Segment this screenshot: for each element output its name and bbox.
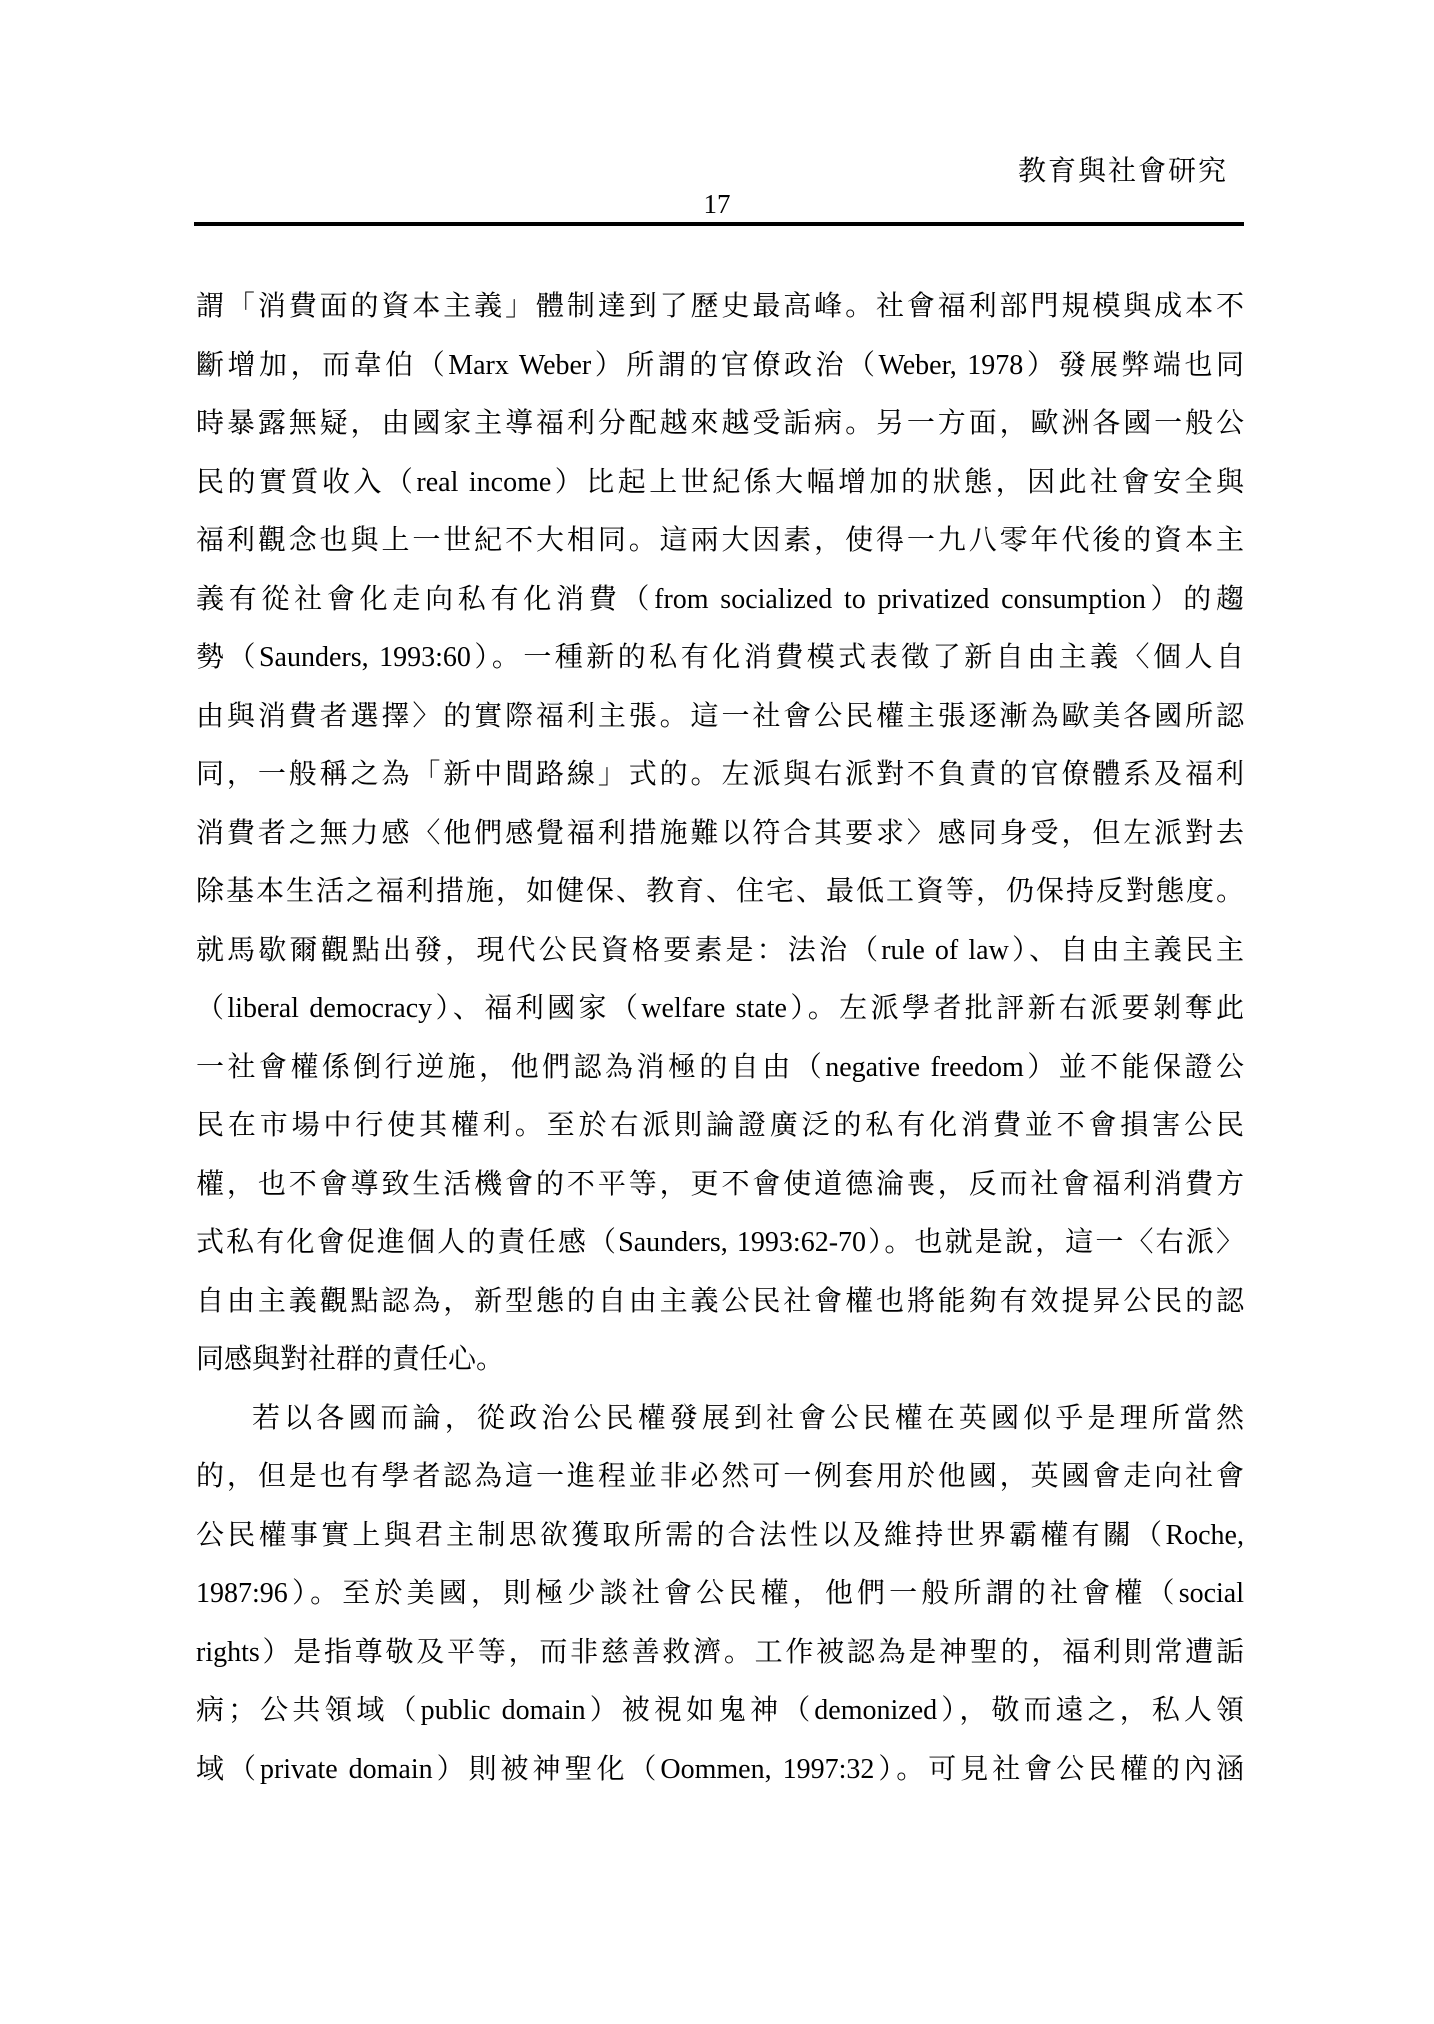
text-line: 的，但是也有學者認為這一進程並非必然可一例套用於他國，英國會走向社會 bbox=[196, 1448, 1244, 1507]
text-line: 時暴露無疑，由國家主導福利分配越來越受詬病。另一方面，歐洲各國一般公 bbox=[196, 395, 1244, 454]
text-line: 就馬歇爾觀點出發，現代公民資格要素是：法治（rule of law）、自由主義民… bbox=[196, 922, 1244, 981]
text-line: （liberal democracy）、福利國家（welfare state）。… bbox=[196, 980, 1244, 1039]
text-line: 病；公共領域（public domain）被視如鬼神（demonized），敬而… bbox=[196, 1682, 1244, 1741]
text-line: 謂「消費面的資本主義」體制達到了歷史最高峰。社會福利部門規模與成本不 bbox=[196, 278, 1244, 337]
text-line: 義有從社會化走向私有化消費（from socialized to privati… bbox=[196, 571, 1244, 630]
text-line: 自由主義觀點認為，新型態的自由主義公民社會權也將能夠有效提昇公民的認 bbox=[196, 1273, 1244, 1332]
text-line: 由與消費者選擇〉的實際福利主張。這一社會公民權主張逐漸為歐美各國所認 bbox=[196, 688, 1244, 747]
text-line: rights）是指尊敬及平等，而非慈善救濟。工作被認為是神聖的，福利則常遭詬 bbox=[196, 1624, 1244, 1683]
text-line: 同感與對社群的責任心。 bbox=[196, 1331, 1244, 1390]
text-line: 若以各國而論，從政治公民權發展到社會公民權在英國似乎是理所當然 bbox=[196, 1390, 1244, 1449]
text-line: 1987:96）。至於美國，則極少談社會公民權，他們一般所謂的社會權（socia… bbox=[196, 1565, 1244, 1624]
page-number: 17 bbox=[0, 188, 1434, 220]
text-line: 一社會權係倒行逆施，他們認為消極的自由（negative freedom）並不能… bbox=[196, 1039, 1244, 1098]
text-line: 同，一般稱之為「新中間路線」式的。左派與右派對不負責的官僚體系及福利 bbox=[196, 746, 1244, 805]
text-line: 福利觀念也與上一世紀不大相同。這兩大因素，使得一九八零年代後的資本主 bbox=[196, 512, 1244, 571]
body-text: 謂「消費面的資本主義」體制達到了歷史最高峰。社會福利部門規模與成本不斷增加，而韋… bbox=[196, 278, 1244, 1799]
document-page: 教育與社會研究 17 謂「消費面的資本主義」體制達到了歷史最高峰。社會福利部門規… bbox=[0, 0, 1434, 2024]
header-rule bbox=[194, 222, 1244, 226]
text-line: 權，也不會導致生活機會的不平等，更不會使道德淪喪，反而社會福利消費方 bbox=[196, 1156, 1244, 1215]
text-line: 民在市場中行使其權利。至於右派則論證廣泛的私有化消費並不會損害公民 bbox=[196, 1097, 1244, 1156]
text-line: 除基本生活之福利措施，如健保、教育、住宅、最低工資等，仍保持反對態度。 bbox=[196, 863, 1244, 922]
text-line: 民的實質收入（real income）比起上世紀係大幅增加的狀態，因此社會安全與 bbox=[196, 454, 1244, 513]
text-line: 斷增加，而韋伯（Marx Weber）所謂的官僚政治（Weber, 1978）發… bbox=[196, 337, 1244, 396]
text-line: 消費者之無力感〈他們感覺福利措施難以符合其要求〉感同身受，但左派對去 bbox=[196, 805, 1244, 864]
text-line: 勢（Saunders, 1993:60）。一種新的私有化消費模式表徵了新自由主義… bbox=[196, 629, 1244, 688]
journal-title: 教育與社會研究 bbox=[1018, 155, 1228, 189]
text-line: 公民權事實上與君主制思欲獲取所需的合法性以及維持世界霸權有關（Roche, bbox=[196, 1507, 1244, 1566]
text-line: 式私有化會促進個人的責任感（Saunders, 1993:62-70）。也就是說… bbox=[196, 1214, 1244, 1273]
text-line: 域（private domain）則被神聖化（Oommen, 1997:32）。… bbox=[196, 1741, 1244, 1800]
